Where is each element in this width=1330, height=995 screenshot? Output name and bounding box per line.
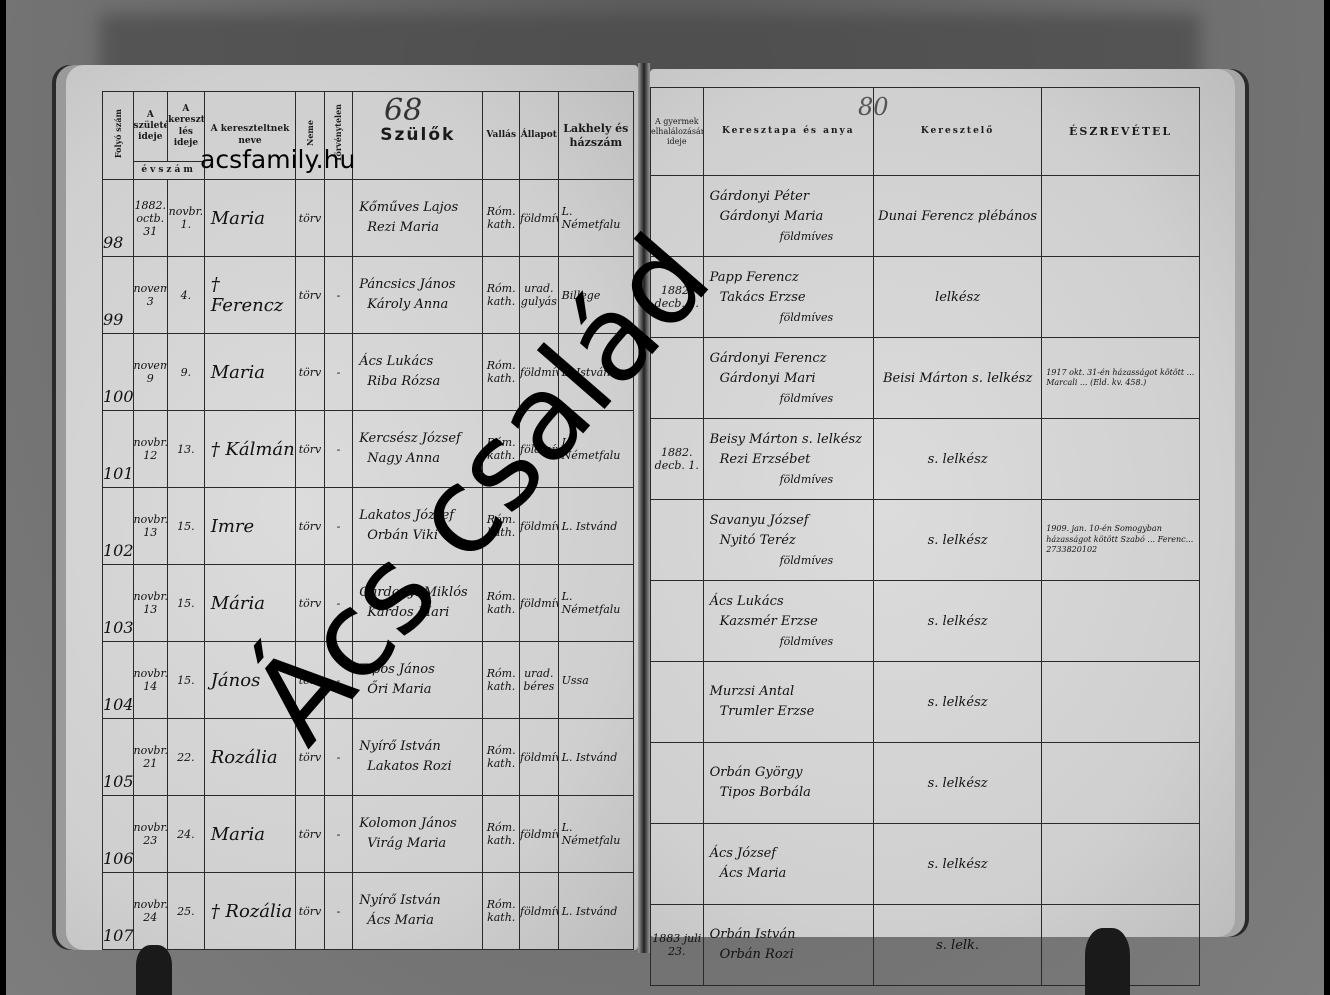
death-date: 1882. decb. 1. xyxy=(651,419,704,500)
godmother-name: Kazsmér Erzse xyxy=(710,612,873,632)
child-name: Maria xyxy=(204,796,296,873)
death-date xyxy=(651,581,704,662)
religion: Róm. kath. xyxy=(483,873,520,950)
baptizer: s. lelkész xyxy=(873,581,1041,662)
baptism-date: 15. xyxy=(168,565,205,642)
godfather-name: Savanyu József xyxy=(710,511,873,531)
header-residence: Lakhely és házszám xyxy=(558,92,633,180)
death-date xyxy=(651,743,704,824)
header-baptism-date: A kereszte-lés ideje xyxy=(168,92,205,162)
father-name: Kőműves Lajos xyxy=(359,198,482,218)
godparent-occupation: földmíves xyxy=(710,633,873,650)
religion: Róm. kath. xyxy=(483,719,520,796)
legitimacy-mark: törv xyxy=(296,257,324,334)
birth-date: novbr. 24 xyxy=(133,873,168,950)
baptism-date: 9. xyxy=(168,334,205,411)
illegitimacy-mark: - xyxy=(324,873,352,950)
godparent-occupation: földmíves xyxy=(710,471,873,488)
register-row: Savanyu JózsefNyitó Terézföldmívess. lel… xyxy=(651,500,1200,581)
remarks xyxy=(1042,743,1200,824)
header-serial: Folyó szám xyxy=(103,92,134,180)
godparents: Murzsi AntalTrumler Erzse xyxy=(703,662,873,743)
remarks: 1917 okt. 31-én házasságot kötött ... Ma… xyxy=(1042,338,1200,419)
header-baptizer: Keresztelő xyxy=(873,88,1041,176)
godfather-name: Beisy Márton s. lelkész xyxy=(710,430,873,450)
serial-number: 104 xyxy=(103,642,134,719)
header-year: évszám xyxy=(133,162,204,180)
godparents: Orbán IstvánOrbán Rozi xyxy=(703,905,873,986)
serial-number: 101 xyxy=(103,411,134,488)
header-status: Állapot xyxy=(520,92,559,180)
child-name: Maria xyxy=(204,334,296,411)
status: földmíves xyxy=(520,565,559,642)
watermark-url: acsfamily.hu xyxy=(200,145,355,174)
header-remarks: ÉSZREVÉTEL xyxy=(1042,88,1200,176)
baptism-date: 13. xyxy=(168,411,205,488)
serial-number: 98 xyxy=(103,180,134,257)
parents: Kolomon JánosVirág Maria xyxy=(353,796,483,873)
birth-date: novbr. 21 xyxy=(133,719,168,796)
birth-date: novbr. 13 xyxy=(133,565,168,642)
hand-finger-right xyxy=(1085,928,1130,995)
godparents: Savanyu JózsefNyitó Terézföldmíves xyxy=(703,500,873,581)
baptism-date: 22. xyxy=(168,719,205,796)
baptizer: s. lelkész xyxy=(873,500,1041,581)
mother-name: Rezi Maria xyxy=(359,218,482,238)
register-row: 107novbr. 2425.† Rozáliatörv-Nyírő Istvá… xyxy=(103,873,634,950)
birth-date: 1882. octb. 31 xyxy=(133,180,168,257)
header-death-date: A gyermek elhalálozásának ideje xyxy=(651,88,704,176)
serial-number: 99 xyxy=(103,257,134,334)
illegitimacy-mark: - xyxy=(324,257,352,334)
godparents: Beisy Márton s. lelkészRezi Erzsébetföld… xyxy=(703,419,873,500)
illegitimacy-mark: - xyxy=(324,796,352,873)
father-name: Páncsics János xyxy=(359,275,482,295)
godmother-name: Gárdonyi Mari xyxy=(710,369,873,389)
residence: L. Németfalu xyxy=(558,796,633,873)
godfather-name: Gárdonyi Péter xyxy=(710,187,873,207)
serial-number: 103 xyxy=(103,565,134,642)
baptizer: s. lelkész xyxy=(873,743,1041,824)
header-godparents: Keresztapa és anya xyxy=(703,88,873,176)
serial-number: 105 xyxy=(103,719,134,796)
birth-date: novemb. 9 xyxy=(133,334,168,411)
parents: Páncsics JánosKároly Anna xyxy=(353,257,483,334)
mother-name: Virág Maria xyxy=(359,834,482,854)
godparents: Orbán GyörgyTipos Borbála xyxy=(703,743,873,824)
remarks: 1909. jan. 10-én Somogyban házasságot kö… xyxy=(1042,500,1200,581)
godfather-name: Orbán György xyxy=(710,763,873,783)
mother-name: Lakatos Rozi xyxy=(359,757,482,777)
residence: L. Németfalu xyxy=(558,565,633,642)
religion: Róm. kath. xyxy=(483,642,520,719)
birth-date: novemb. 3 xyxy=(133,257,168,334)
register-row: Ács JózsefÁcs Marias. lelkész xyxy=(651,824,1200,905)
residence: Ussa xyxy=(558,642,633,719)
parents: Nyírő IstvánÁcs Maria xyxy=(353,873,483,950)
godfather-name: Murzsi Antal xyxy=(710,682,873,702)
legitimacy-mark: törv xyxy=(296,334,324,411)
baptizer: Dunai Ferencz plébános xyxy=(873,176,1041,257)
child-name: Maria xyxy=(204,180,296,257)
register-row: 105novbr. 2122.Rozáliatörv-Nyírő IstvánL… xyxy=(103,719,634,796)
birth-date: novbr. 14 xyxy=(133,642,168,719)
baptism-date: 15. xyxy=(168,642,205,719)
godparent-occupation: földmíves xyxy=(710,228,873,245)
baptizer: Beisi Márton s. lelkész xyxy=(873,338,1041,419)
birth-date: novbr. 23 xyxy=(133,796,168,873)
register-row: 106novbr. 2324.Mariatörv-Kolomon JánosVi… xyxy=(103,796,634,873)
register-row: 981882. octb. 31novbr. 1.MariatörvKőműve… xyxy=(103,180,634,257)
godmother-name: Tipos Borbála xyxy=(710,783,873,803)
header-parents: Szülők xyxy=(353,92,483,180)
status: földmíves xyxy=(520,719,559,796)
godparents: Gárdonyi FerenczGárdonyi Mariföldmíves xyxy=(703,338,873,419)
serial-number: 106 xyxy=(103,796,134,873)
serial-number: 100 xyxy=(103,334,134,411)
legitimacy-mark: törv xyxy=(296,180,324,257)
residence: L. Istvánd xyxy=(558,873,633,950)
child-name: † Rozália xyxy=(204,873,296,950)
hand-finger-left xyxy=(136,945,172,995)
parents: Nyírő IstvánLakatos Rozi xyxy=(353,719,483,796)
baptism-date: 4. xyxy=(168,257,205,334)
baptizer: s. lelk. xyxy=(873,905,1041,986)
godparents: Gárdonyi PéterGárdonyi Mariaföldmíves xyxy=(703,176,873,257)
father-name: Kolomon János xyxy=(359,814,482,834)
godparents: Ács LukácsKazsmér Erzseföldmíves xyxy=(703,581,873,662)
godfather-name: Ács Lukács xyxy=(710,592,873,612)
register-row: Murzsi AntalTrumler Erzses. lelkész xyxy=(651,662,1200,743)
baptism-date: 15. xyxy=(168,488,205,565)
remarks xyxy=(1042,257,1200,338)
legitimacy-mark: törv xyxy=(296,873,324,950)
register-row: Gárdonyi PéterGárdonyi MariaföldmívesDun… xyxy=(651,176,1200,257)
parents: Kőműves LajosRezi Maria xyxy=(353,180,483,257)
right-page: 80 A gyermek elhalálozásának ideje Keres… xyxy=(650,69,1235,937)
status: földmíves xyxy=(520,796,559,873)
book-gutter xyxy=(638,63,650,953)
religion: Róm. kath. xyxy=(483,796,520,873)
godfather-name: Papp Ferencz xyxy=(710,268,873,288)
birth-date: novbr. 12 xyxy=(133,411,168,488)
remarks xyxy=(1042,824,1200,905)
residence: L. Istvánd xyxy=(558,488,633,565)
death-date: 1883 juli 23. xyxy=(651,905,704,986)
register-row: Orbán GyörgyTipos Borbálas. lelkész xyxy=(651,743,1200,824)
father-name: Nyírő István xyxy=(359,737,482,757)
godparents: Ács JózsefÁcs Maria xyxy=(703,824,873,905)
father-name: Ács Lukács xyxy=(359,352,482,372)
godmother-name: Nyitó Teréz xyxy=(710,531,873,551)
legitimacy-mark: törv xyxy=(296,796,324,873)
remarks xyxy=(1042,419,1200,500)
death-date xyxy=(651,662,704,743)
illegitimacy-mark: - xyxy=(324,411,352,488)
legitimacy-mark: törv xyxy=(296,488,324,565)
header-religion: Vallás xyxy=(483,92,520,180)
baptism-table-right: A gyermek elhalálozásának ideje Kereszta… xyxy=(650,87,1200,986)
godmother-name: Ács Maria xyxy=(710,864,873,884)
register-row: 1882. decb. 1.Beisy Márton s. lelkészRez… xyxy=(651,419,1200,500)
status: földmíves xyxy=(520,873,559,950)
godparent-occupation: földmíves xyxy=(710,552,873,569)
remarks xyxy=(1042,662,1200,743)
header-birth-date: A születés ideje xyxy=(133,92,168,162)
godparent-occupation: földmíves xyxy=(710,390,873,407)
mother-name: Károly Anna xyxy=(359,295,482,315)
baptizer: s. lelkész xyxy=(873,824,1041,905)
remarks xyxy=(1042,581,1200,662)
remarks xyxy=(1042,176,1200,257)
godfather-name: Orbán István xyxy=(710,925,873,945)
legitimacy-mark: törv xyxy=(296,411,324,488)
death-date xyxy=(651,824,704,905)
child-name: † Ferencz xyxy=(204,257,296,334)
baptizer: s. lelkész xyxy=(873,662,1041,743)
register-row: Ács LukácsKazsmér Erzseföldmívess. lelké… xyxy=(651,581,1200,662)
godmother-name: Orbán Rozi xyxy=(710,945,873,965)
child-name: † Kálmán xyxy=(204,411,296,488)
child-name: Imre xyxy=(204,488,296,565)
baptism-date: 25. xyxy=(168,873,205,950)
status: földmíves xyxy=(520,180,559,257)
death-date xyxy=(651,500,704,581)
baptizer: lelkész xyxy=(873,257,1041,338)
birth-date: novbr. 13 xyxy=(133,488,168,565)
illegitimacy-mark xyxy=(324,180,352,257)
serial-number: 102 xyxy=(103,488,134,565)
godfather-name: Ács József xyxy=(710,844,873,864)
serial-number: 107 xyxy=(103,873,134,950)
godmother-name: Trumler Erzse xyxy=(710,702,873,722)
register-row: Gárdonyi FerenczGárdonyi MariföldmívesBe… xyxy=(651,338,1200,419)
godparent-occupation: földmíves xyxy=(710,309,873,326)
residence: L. Istvánd xyxy=(558,719,633,796)
child-name: Rozália xyxy=(204,719,296,796)
godmother-name: Rezi Erzsébet xyxy=(710,450,873,470)
baptism-date: novbr. 1. xyxy=(168,180,205,257)
godfather-name: Gárdonyi Ferencz xyxy=(710,349,873,369)
godmother-name: Gárdonyi Maria xyxy=(710,207,873,227)
baptizer: s. lelkész xyxy=(873,419,1041,500)
illegitimacy-mark: - xyxy=(324,334,352,411)
father-name: Nyírő István xyxy=(359,891,482,911)
religion: Róm. kath. xyxy=(483,257,520,334)
mother-name: Ács Maria xyxy=(359,911,482,931)
religion: Róm. kath. xyxy=(483,180,520,257)
status: urad. béres xyxy=(520,642,559,719)
register-book: 68 Folyó szám A születés ideje A kereszt… xyxy=(38,55,1253,960)
parents: Ács LukácsRiba Rózsa xyxy=(353,334,483,411)
mother-name: Riba Rózsa xyxy=(359,372,482,392)
baptism-date: 24. xyxy=(168,796,205,873)
